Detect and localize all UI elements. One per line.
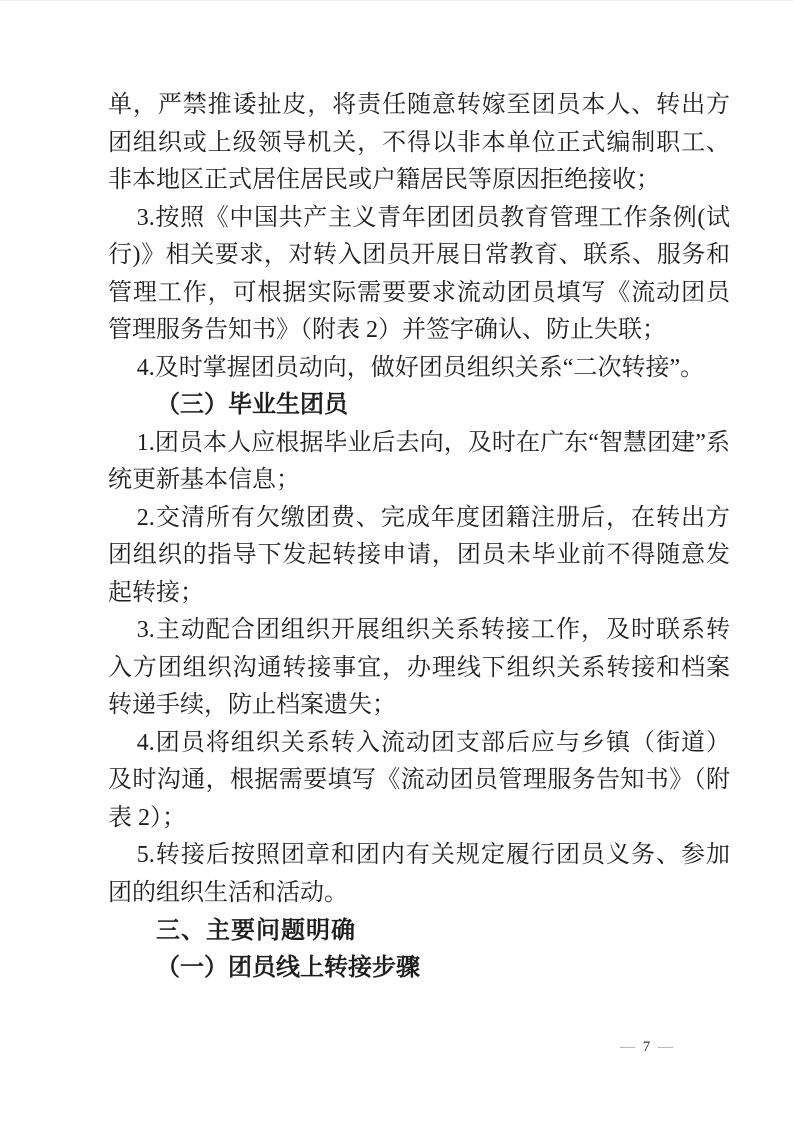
page-number: 7: [643, 1039, 653, 1055]
document-body: 单，严禁推诿扯皮，将责任随意转嫁至团员本人、转出方团组织或上级领导机关，不得以非…: [108, 87, 730, 987]
paragraph-item1-update-basic-info: 1.团员本人应根据毕业后去向，及时在广东“智慧团建”系统更新基本信息；: [108, 425, 730, 500]
heading-chapter3-main-issues: 三、主要问题明确: [108, 912, 730, 950]
paragraph-item4-second-transfer: 4.及时掌握团员动向，做好团员组织关系“二次转接”。: [108, 350, 730, 388]
footer-dash-left: —: [620, 1039, 637, 1055]
footer-dash-right: —: [658, 1039, 675, 1055]
paragraph-acceptance-rules-continued: 单，严禁推诿扯皮，将责任随意转嫁至团员本人、转出方团组织或上级领导机关，不得以非…: [108, 87, 730, 200]
paragraph-item3-cooperate-transfer: 3.主动配合团组织开展组织关系转接工作，及时联系转入方团组织沟通转接事宜，办理线…: [108, 612, 730, 725]
paragraph-item5-member-obligations: 5.转接后按照团章和团内有关规定履行团员义务、参加团的组织生活和活动。: [108, 837, 730, 912]
heading-section1-online-transfer-steps: （一）团员线上转接步骤: [108, 950, 730, 988]
heading-section3-graduate-members: （三）毕业生团员: [108, 387, 730, 425]
page-footer: — 7 —: [620, 1039, 675, 1056]
paragraph-item2-pay-fees-register: 2.交清所有欠缴团费、完成年度团籍注册后，在转出方团组织的指导下发起转接申请，团…: [108, 500, 730, 613]
document-page: 单，严禁推诿扯皮，将责任随意转嫁至团员本人、转出方团组织或上级领导机关，不得以非…: [0, 0, 793, 1122]
paragraph-item4-mobile-branch-notice: 4.团员将组织关系转入流动团支部后应与乡镇（街道）及时沟通，根据需要填写《流动团…: [108, 725, 730, 838]
paragraph-item3-education-management: 3.按照《中国共产主义青年团团员教育管理工作条例(试行)》相关要求，对转入团员开…: [108, 200, 730, 350]
